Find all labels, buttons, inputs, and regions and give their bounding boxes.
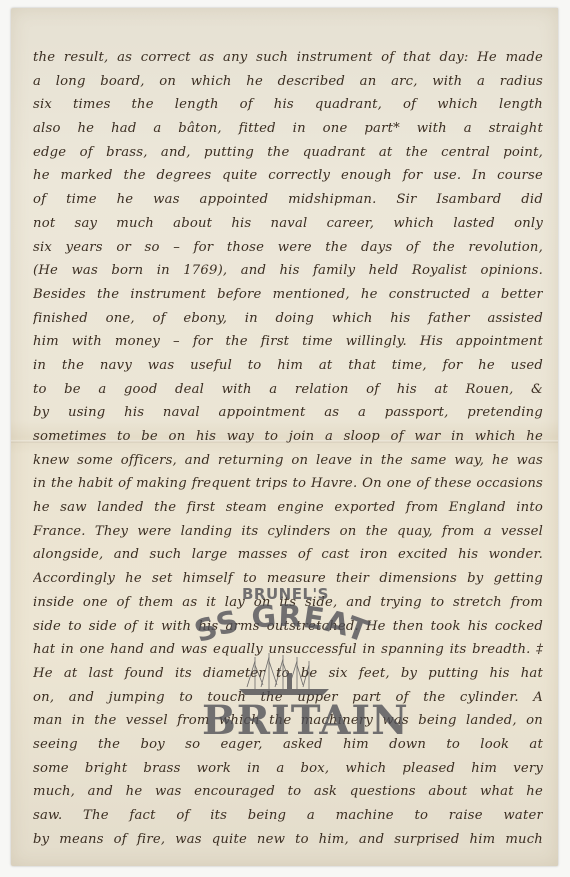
text-line: Accordingly he set himself to measure th… — [33, 567, 543, 591]
text-line: Besides the instrument before mentioned,… — [33, 283, 543, 307]
text-line: the result, as correct as any such instr… — [33, 46, 543, 70]
text-line: of time he was appointed midshipman. Sir… — [33, 188, 543, 212]
text-line: knew some officers, and returning on lea… — [33, 449, 543, 473]
text-line: to be a good deal with a relation of his… — [33, 378, 543, 402]
text-line: six times the length of his quadrant, of… — [33, 93, 543, 117]
text-line: edge of brass, and, putting the quadrant… — [33, 141, 543, 165]
text-line: France. They were landing its cylinders … — [33, 520, 543, 544]
text-line: inside one of them as it lay on its side… — [33, 591, 543, 615]
text-line: hat in one hand and was equally unsucces… — [33, 638, 543, 662]
text-line: (He was born in 1769), and his family he… — [33, 259, 543, 283]
text-line: seeing the boy so eager, asked him down … — [33, 733, 543, 757]
text-line: not say much about his naval career, whi… — [33, 212, 543, 236]
text-line: saw. The fact of its being a machine to … — [33, 804, 543, 828]
text-line: by means of fire, was quite new to him, … — [33, 828, 543, 852]
manuscript-page: the result, as correct as any such instr… — [11, 8, 558, 866]
text-line: man in the vessel from which the machine… — [33, 709, 543, 733]
text-line: in the habit of making frequent trips to… — [33, 472, 543, 496]
text-line: by using his naval appointment as a pass… — [33, 401, 543, 425]
text-line: him with money – for the first time will… — [33, 330, 543, 354]
text-line: he marked the degrees quite correctly en… — [33, 164, 543, 188]
text-line: he saw landed the first steam engine exp… — [33, 496, 543, 520]
text-line: much, and he was encouraged to ask quest… — [33, 780, 543, 804]
text-line: finished one, of ebony, in doing which h… — [33, 307, 543, 331]
text-line: six years or so – for those were the day… — [33, 236, 543, 260]
text-line: alongside, and such large masses of cast… — [33, 543, 543, 567]
text-line: sometimes to be on his way to join a slo… — [33, 425, 543, 449]
text-line: in the navy was useful to him at that ti… — [33, 354, 543, 378]
text-line: some bright brass work in a box, which p… — [33, 757, 543, 781]
text-line: a long board, on which he described an a… — [33, 70, 543, 94]
text-line: He at last found its diameter to be six … — [33, 662, 543, 686]
text-line: on, and jumping to touch the upper part … — [33, 686, 543, 710]
text-line: also he had a bâton, fitted in one part*… — [33, 117, 543, 141]
text-line: side to side of it with his arms outstre… — [33, 615, 543, 639]
handwritten-text: the result, as correct as any such instr… — [33, 46, 543, 851]
